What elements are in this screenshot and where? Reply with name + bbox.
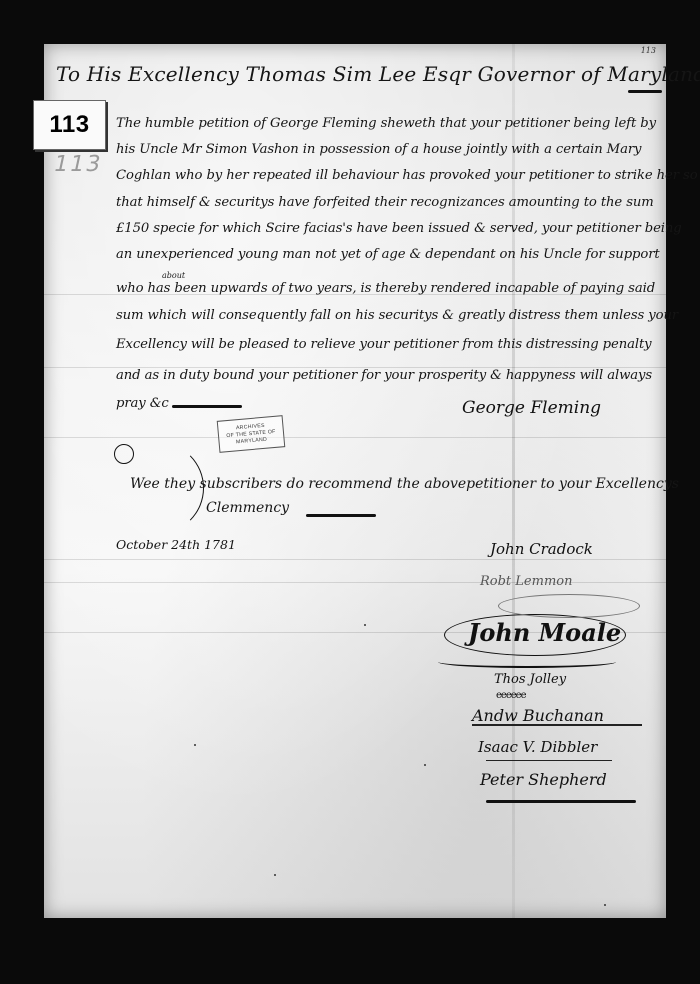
signature-isaac-dibbler: Isaac V. Dibbler (478, 738, 597, 756)
signature-thos-jolley: Thos Jolley (494, 672, 566, 687)
folio-number: 113 (641, 46, 656, 55)
signature-underline (486, 800, 636, 803)
signature-flourish (498, 594, 640, 618)
paper-rule-line (44, 437, 666, 438)
signature-john-moale: John Moale (468, 618, 621, 647)
interlinear-insertion: about (162, 271, 185, 280)
closing-flourish (172, 405, 242, 408)
body-line-6: an unexperienced young man not yet of ag… (116, 247, 660, 262)
signature-george-fleming: George Fleming (462, 398, 601, 418)
signature-peter-shepherd: Peter Shepherd (480, 770, 607, 789)
petition-date: October 24th 1781 (116, 537, 236, 552)
pencil-page-number: 113 (51, 152, 104, 177)
body-line-4: that himself & securitys have forfeited … (116, 195, 654, 210)
signature-john-cradock: John Cradock (490, 540, 593, 558)
body-line-8: sum which will consequently fall on his … (116, 308, 678, 323)
body-line-3: Coghlan who by her repeated ill behaviou… (116, 168, 698, 183)
signature-robt-lemmon: Robt Lemmon (480, 574, 572, 589)
recommendation-line-2: Clemmency (206, 500, 289, 516)
signature-andw-buchanan: Andw Buchanan (472, 706, 604, 725)
signature-underline (438, 656, 616, 668)
archive-label-number: 113 (49, 111, 89, 139)
paper-speck (364, 624, 366, 626)
archive-label-box: 113 (33, 100, 106, 150)
paper-speck (604, 904, 606, 906)
body-line-10: and as in duty bound your petitioner for… (116, 368, 652, 383)
body-line-2: his Uncle Mr Simon Vashon in possession … (116, 142, 641, 157)
signature-underline (486, 760, 612, 761)
body-line-9: Excellency will be pleased to relieve yo… (116, 337, 652, 352)
paper-speck (274, 874, 276, 876)
body-line-1: The humble petition of George Fleming sh… (116, 116, 656, 131)
paper-fold-line (44, 582, 666, 583)
paper-speck (194, 744, 196, 746)
archives-stamp: ARCHIVES OF THE STATE OF MARYLAND (217, 415, 286, 453)
signature-loop-flourish: eeeeee (496, 690, 526, 701)
stamp-line-3: MARYLAND (236, 436, 268, 446)
paper-fold-line (44, 559, 666, 560)
paper-speck (424, 764, 426, 766)
recommendation-line-1: Wee they subscribers do recommend the ab… (130, 476, 679, 492)
body-line-5: £150 specie for which Scire facias's hav… (116, 221, 682, 236)
heading-flourish (628, 90, 662, 93)
body-line-7: who has been upwards of two years, is th… (116, 281, 655, 296)
recommendation-flourish (306, 514, 376, 517)
petition-heading: To His Excellency Thomas Sim Lee Esqr Go… (56, 62, 700, 86)
body-line-11: pray &c (116, 396, 169, 411)
